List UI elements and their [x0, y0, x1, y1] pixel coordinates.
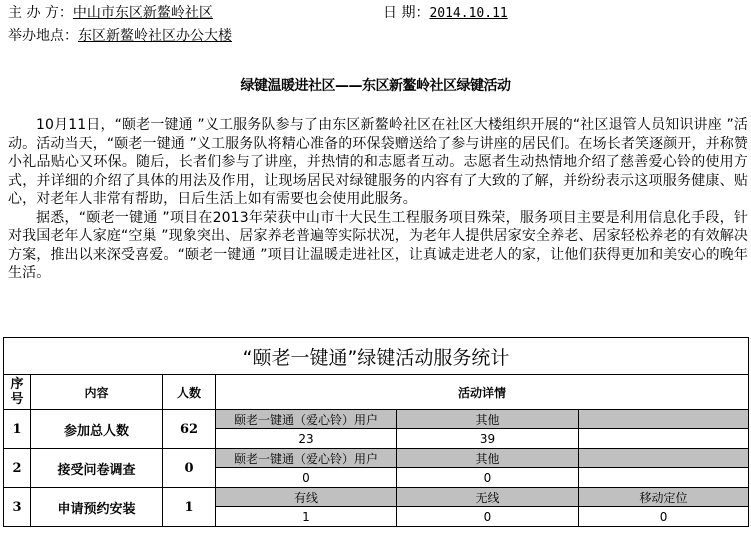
detail-label: 无线 — [397, 488, 579, 507]
date-label: 日 期： — [383, 5, 429, 21]
header-content: 内容 — [31, 375, 163, 410]
header-seq: 序号 — [4, 375, 31, 410]
detail-value: 1 — [216, 507, 397, 527]
table-title: “颐老一键通”绿键活动服务统计 — [4, 338, 749, 375]
organizer-value: 中山市东区新鳌岭社区 — [73, 5, 213, 21]
row-content: 参加总人数 — [31, 410, 163, 449]
table-title-row: “颐老一键通”绿键活动服务统计 — [4, 338, 749, 375]
detail-value: 0 — [579, 507, 749, 527]
venue-value: 东区新鳌岭社区办公大楼 — [78, 28, 232, 44]
date-line: 日 期：2014.10.11 — [383, 4, 508, 23]
detail-label: 其他 — [397, 410, 579, 429]
article-paragraph: 据悉，“颐老一键通 ”项目在2013年荣获中山市十大民生工程服务项目殊荣，服务项… — [8, 209, 748, 283]
detail-value: 0 — [397, 507, 579, 527]
venue-label: 举办地点： — [8, 28, 78, 44]
row-count: 0 — [163, 449, 216, 488]
row-seq: 1 — [4, 410, 31, 449]
detail-label: 颐老一键通（爱心铃）用户 — [216, 449, 397, 468]
table-row: 1 参加总人数 62 颐老一键通（爱心铃）用户 其他 — [4, 410, 749, 429]
article-paragraph: 10月11日，“颐老一键通 ”义工服务队参与了由东区新鳌岭社区在社区大楼组织开展… — [8, 116, 748, 209]
organizer-label: 主 办 方： — [8, 5, 73, 21]
row-count: 1 — [163, 488, 216, 527]
venue-line: 举办地点：东区新鳌岭社区办公大楼 — [8, 27, 232, 45]
detail-value: 23 — [216, 429, 397, 449]
organizer-line: 主 办 方：中山市东区新鳌岭社区 — [8, 4, 213, 22]
header-details: 活动详情 — [216, 375, 749, 410]
detail-value: 0 — [397, 468, 579, 488]
row-content: 接受问卷调查 — [31, 449, 163, 488]
detail-label — [579, 410, 749, 429]
detail-label — [579, 449, 749, 468]
detail-value — [579, 468, 749, 488]
detail-label: 其他 — [397, 449, 579, 468]
stats-table: “颐老一键通”绿键活动服务统计 序号 内容 人数 活动详情 1 参加总人数 62… — [3, 337, 749, 527]
detail-value — [579, 429, 749, 449]
detail-value: 39 — [397, 429, 579, 449]
article-title: 绿键温暖进社区——东区新鳌岭社区绿键活动 — [0, 77, 751, 95]
date-value: 2014.10.11 — [429, 6, 507, 21]
table-row: 2 接受问卷调查 0 颐老一键通（爱心铃）用户 其他 — [4, 449, 749, 468]
row-seq: 2 — [4, 449, 31, 488]
detail-label: 有线 — [216, 488, 397, 507]
row-content: 申请预约安装 — [31, 488, 163, 527]
detail-value: 0 — [216, 468, 397, 488]
row-count: 62 — [163, 410, 216, 449]
article-body: 10月11日，“颐老一键通 ”义工服务队参与了由东区新鳌岭社区在社区大楼组织开展… — [8, 116, 748, 283]
row-seq: 3 — [4, 488, 31, 527]
header-count: 人数 — [163, 375, 216, 410]
table-header-row: 序号 内容 人数 活动详情 — [4, 375, 749, 410]
detail-label: 移动定位 — [579, 488, 749, 507]
detail-label: 颐老一键通（爱心铃）用户 — [216, 410, 397, 429]
table-row: 3 申请预约安装 1 有线 无线 移动定位 — [4, 488, 749, 507]
